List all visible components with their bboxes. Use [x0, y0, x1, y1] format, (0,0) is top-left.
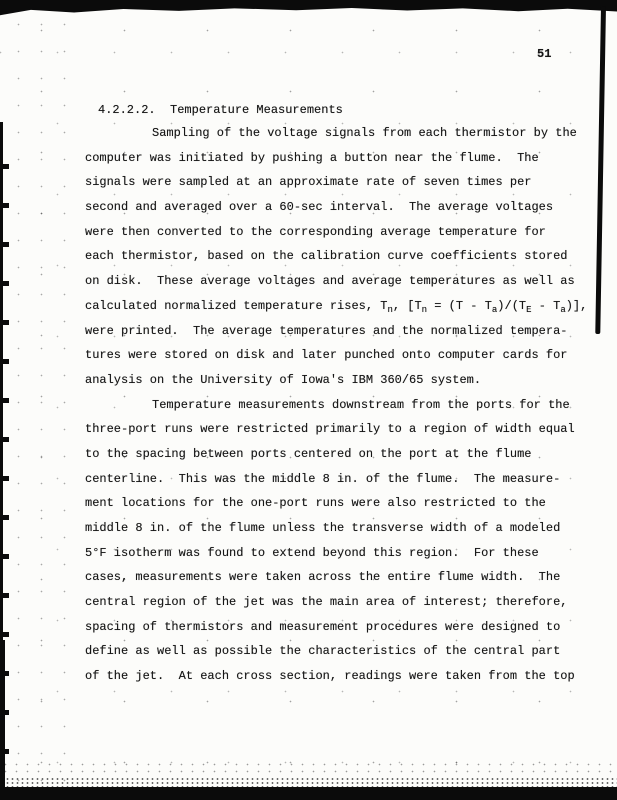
text-line: cases, measurements were taken across th…: [85, 565, 595, 590]
text-line: computer was initiated by pushing a butt…: [85, 146, 595, 171]
text-line: centerline. This was the middle 8 in. of…: [85, 467, 595, 492]
page-number: 51: [537, 47, 551, 61]
text-line: to the spacing between ports centered on…: [85, 442, 595, 467]
text-line: on disk. These average voltages and aver…: [85, 269, 595, 294]
left-margin-noise: [0, 0, 70, 800]
scanned-document-page: 51 4.2.2.2. Temperature Measurements Sam…: [0, 0, 617, 800]
text-line: tures were stored on disk and later punc…: [85, 343, 595, 368]
text-line: ment locations for the one-port runs wer…: [85, 491, 595, 516]
body-text: Sampling of the voltage signals from eac…: [85, 121, 595, 689]
text-line: three-port runs were restricted primaril…: [85, 417, 595, 442]
text-line: Sampling of the voltage signals from eac…: [85, 121, 595, 146]
text-line: central region of the jet was the main a…: [85, 590, 595, 615]
text-line: of the jet. At each cross section, readi…: [85, 664, 595, 689]
text-line: define as well as possible the character…: [85, 639, 595, 664]
text-line: Temperature measurements downstream from…: [85, 393, 595, 418]
text-line: spacing of thermistors and measurement p…: [85, 615, 595, 640]
right-scan-edge-artifact: [595, 6, 606, 334]
text-line: middle 8 in. of the flume unless the tra…: [85, 516, 595, 541]
bottom-speckle-noise: [0, 761, 617, 777]
text-line: each thermistor, based on the calibratio…: [85, 244, 595, 269]
top-scan-edge-artifact: [0, 0, 617, 16]
text-line: were printed. The average temperatures a…: [85, 319, 595, 344]
text-line: were then converted to the corresponding…: [85, 220, 595, 245]
section-heading: 4.2.2.2. Temperature Measurements: [98, 103, 343, 117]
text-line: analysis on the University of Iowa's IBM…: [85, 368, 595, 393]
bottom-speckle-noise: [0, 777, 617, 787]
text-line: signals were sampled at an approximate r…: [85, 170, 595, 195]
text-line: second and averaged over a 60-sec interv…: [85, 195, 595, 220]
bottom-scan-edge-artifact: [0, 787, 617, 800]
text-line: 5°F isotherm was found to extend beyond …: [85, 541, 595, 566]
formula-line: calculated normalized temperature rises,…: [85, 294, 595, 319]
